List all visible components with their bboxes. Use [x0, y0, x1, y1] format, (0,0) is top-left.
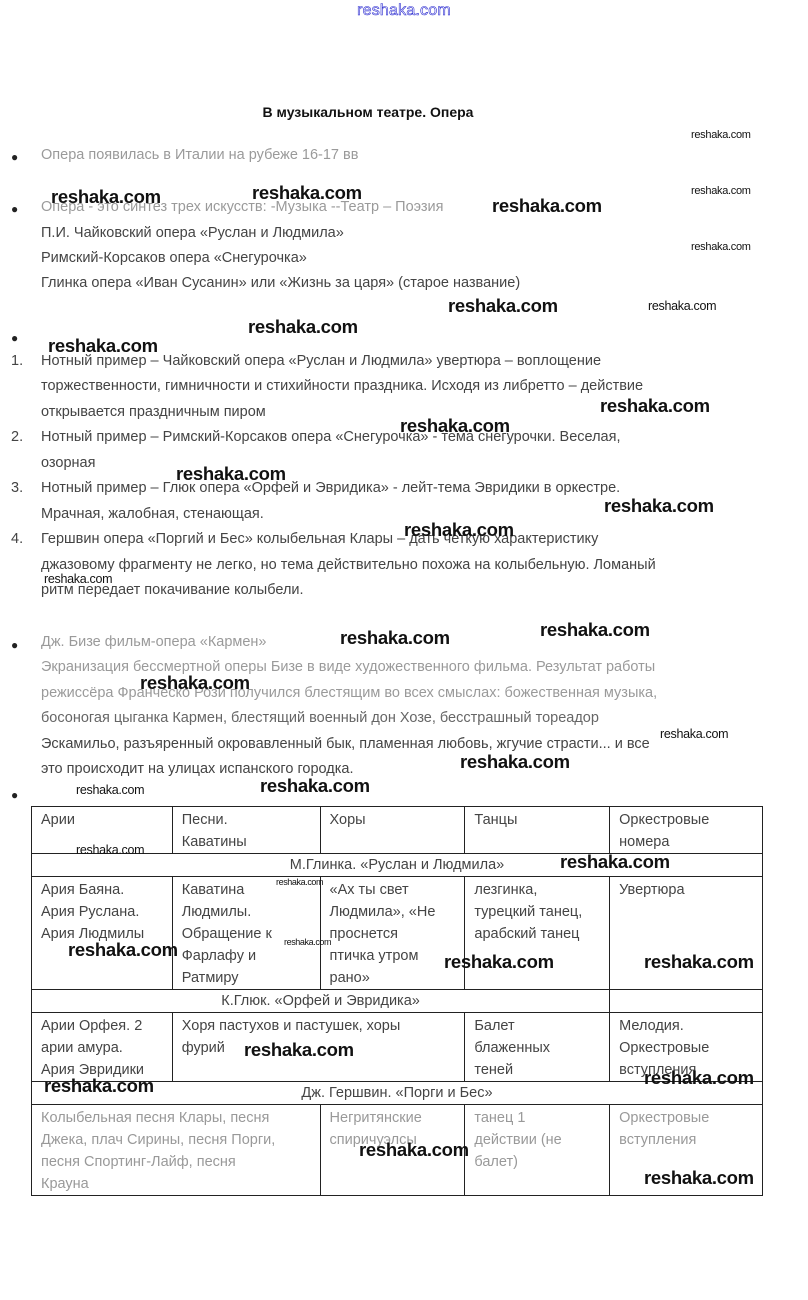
carmen-heading: Дж. Бизе фильм-опера «Кармен» [41, 634, 267, 650]
list-item-line: Гершвин опера «Поргий и Бес» колыбельная… [41, 531, 598, 547]
list-item-line: Нотный пример – Глюк опера «Орфей и Эври… [41, 480, 620, 496]
example-line: П.И. Чайковский опера «Руслан и Людмила» [41, 225, 344, 241]
watermark: reshaka.com [492, 195, 602, 217]
header-dances: Танцы [465, 807, 610, 854]
bullet-text: Опера появилась в Италии на рубеже 16-17… [41, 147, 358, 163]
watermark: reshaka.com [44, 1075, 154, 1097]
watermark: reshaka.com [248, 316, 358, 338]
watermark: reshaka.com [604, 495, 714, 517]
site-header-link[interactable]: reshaka.com [0, 2, 808, 20]
watermark: reshaka.com [540, 619, 650, 641]
watermark: reshaka.com [660, 727, 728, 741]
section-title: К.Глюк. «Орфей и Эвридика» [32, 990, 610, 1013]
watermark: reshaka.com [68, 939, 178, 961]
watermark: reshaka.com [644, 951, 754, 973]
watermark: reshaka.com [176, 463, 286, 485]
cell-songs: Каватина Людмилы. Обращение к Фарлафу и … [172, 877, 320, 990]
list-number: 2. [11, 429, 23, 445]
bullet-icon: ● [11, 788, 18, 802]
carmen-line: Экранизация бессмертной оперы Бизе в вид… [41, 659, 655, 675]
bullet-icon: ● [11, 202, 18, 216]
watermark: reshaka.com [244, 1039, 354, 1061]
watermark: reshaka.com [76, 843, 144, 857]
list-item-line: торжественности, гимничности и стихийнос… [41, 378, 643, 394]
watermark: reshaka.com [276, 877, 323, 887]
cell-arias: Арии Орфея. 2 арии амура. Ария Эвридики [32, 1013, 173, 1082]
bullet-icon: ● [11, 638, 18, 652]
list-item-line: Нотный пример – Римский-Корсаков опера «… [41, 429, 621, 445]
table-section-row: К.Глюк. «Орфей и Эвридика» [32, 990, 763, 1013]
watermark: reshaka.com [76, 783, 144, 797]
carmen-line: режиссёра Франческо Рози получился блест… [41, 685, 657, 701]
cell-arias-songs: Колыбельная песня Клары, песня Джека, пл… [32, 1105, 321, 1196]
section-empty-cell [610, 990, 763, 1013]
list-number: 4. [11, 531, 23, 547]
bullet-icon: ● [11, 150, 18, 164]
watermark: reshaka.com [600, 395, 710, 417]
list-item-line: джазовому фрагменту не легко, но тема де… [41, 557, 656, 573]
page-title: В музыкальном театре. Опера [0, 104, 736, 120]
watermark: reshaka.com [691, 129, 751, 141]
watermark: reshaka.com [284, 937, 331, 947]
header-choirs: Хоры [320, 807, 465, 854]
example-line: Глинка опера «Иван Сусанин» или «Жизнь з… [41, 275, 520, 291]
watermark: reshaka.com [340, 627, 450, 649]
watermark: reshaka.com [400, 415, 510, 437]
watermark: reshaka.com [691, 241, 751, 253]
list-number: 1. [11, 353, 23, 369]
list-item-line: открывается праздничным пиром [41, 404, 266, 420]
watermark: reshaka.com [444, 951, 554, 973]
cell-arias: Ария Баяна. Ария Руслана. Ария Людмилы [32, 877, 173, 990]
list-number: 3. [11, 480, 23, 496]
watermark: reshaka.com [644, 1067, 754, 1089]
carmen-line: босоногая цыганка Кармен, блестящий воен… [41, 710, 599, 726]
watermark: reshaka.com [51, 186, 161, 208]
bullet-icon: ● [11, 331, 18, 345]
watermark: reshaka.com [448, 295, 558, 317]
watermark: reshaka.com [44, 572, 112, 586]
watermark: reshaka.com [260, 775, 370, 797]
header-orchestral: Оркестровыеномера [610, 807, 763, 854]
list-item-line: Мрачная, жалобная, стенающая. [41, 506, 264, 522]
list-item-line: озорная [41, 455, 95, 471]
watermark: reshaka.com [560, 851, 670, 873]
watermark: reshaka.com [359, 1139, 469, 1161]
watermark: reshaka.com [140, 672, 250, 694]
example-line: Римский-Корсаков опера «Снегурочка» [41, 250, 307, 266]
carmen-line: Эскамильо, разъяренный окровавленный бык… [41, 736, 650, 752]
watermark: reshaka.com [404, 519, 514, 541]
cell-dances: Балет блаженных теней [465, 1013, 610, 1082]
watermark: reshaka.com [644, 1167, 754, 1189]
watermark: reshaka.com [460, 751, 570, 773]
watermark: reshaka.com [691, 185, 751, 197]
watermark: reshaka.com [48, 335, 158, 357]
watermark: reshaka.com [252, 182, 362, 204]
watermark: reshaka.com [648, 299, 716, 313]
header-songs: Песни.Каватины [172, 807, 320, 854]
cell-dances: танец 1 действии (не балет) [465, 1105, 610, 1196]
